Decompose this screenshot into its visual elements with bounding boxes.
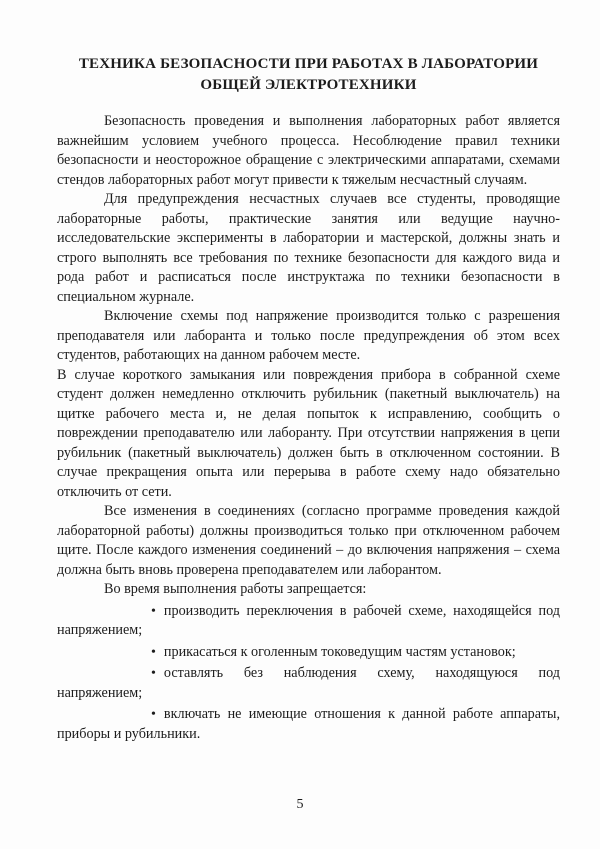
list-intro: Во время выполнения работы запрещается: xyxy=(57,580,560,600)
list-item: •прикасаться к оголенным токоведущим час… xyxy=(57,643,560,663)
title-line-1: ТЕХНИКА БЕЗОПАСНОСТИ ПРИ РАБОТАХ В ЛАБОР… xyxy=(57,54,560,75)
document-page: ТЕХНИКА БЕЗОПАСНОСТИ ПРИ РАБОТАХ В ЛАБОР… xyxy=(0,0,600,849)
bullet-icon: • xyxy=(104,664,156,684)
list-item: •оставлять без наблюдения схему, находящ… xyxy=(57,664,560,703)
paragraph-1: Безопасность проведения и выполнения лаб… xyxy=(57,112,560,190)
paragraph-2: Для предупреждения несчастных случаев вс… xyxy=(57,190,560,307)
paragraph-5: Все изменения в соединениях (согласно пр… xyxy=(57,502,560,580)
list-item: •производить переключения в рабочей схем… xyxy=(57,602,560,641)
list-item-text: прикасаться к оголенным токоведущим част… xyxy=(164,644,516,660)
list-item: •включать не имеющие отношения к данной … xyxy=(57,705,560,744)
paragraph-4: В случае короткого замыкания или поврежд… xyxy=(57,366,560,503)
bullet-icon: • xyxy=(104,602,156,622)
bullet-icon: • xyxy=(104,705,156,725)
page-title: ТЕХНИКА БЕЗОПАСНОСТИ ПРИ РАБОТАХ В ЛАБОР… xyxy=(57,54,560,96)
page-number: 5 xyxy=(0,796,600,814)
bullet-icon: • xyxy=(104,643,156,663)
paragraph-3: Включение схемы под напряжение производи… xyxy=(57,307,560,366)
document-body: Безопасность проведения и выполнения лаб… xyxy=(57,112,560,744)
title-line-2: ОБЩЕЙ ЭЛЕКТРОТЕХНИКИ xyxy=(57,75,560,96)
